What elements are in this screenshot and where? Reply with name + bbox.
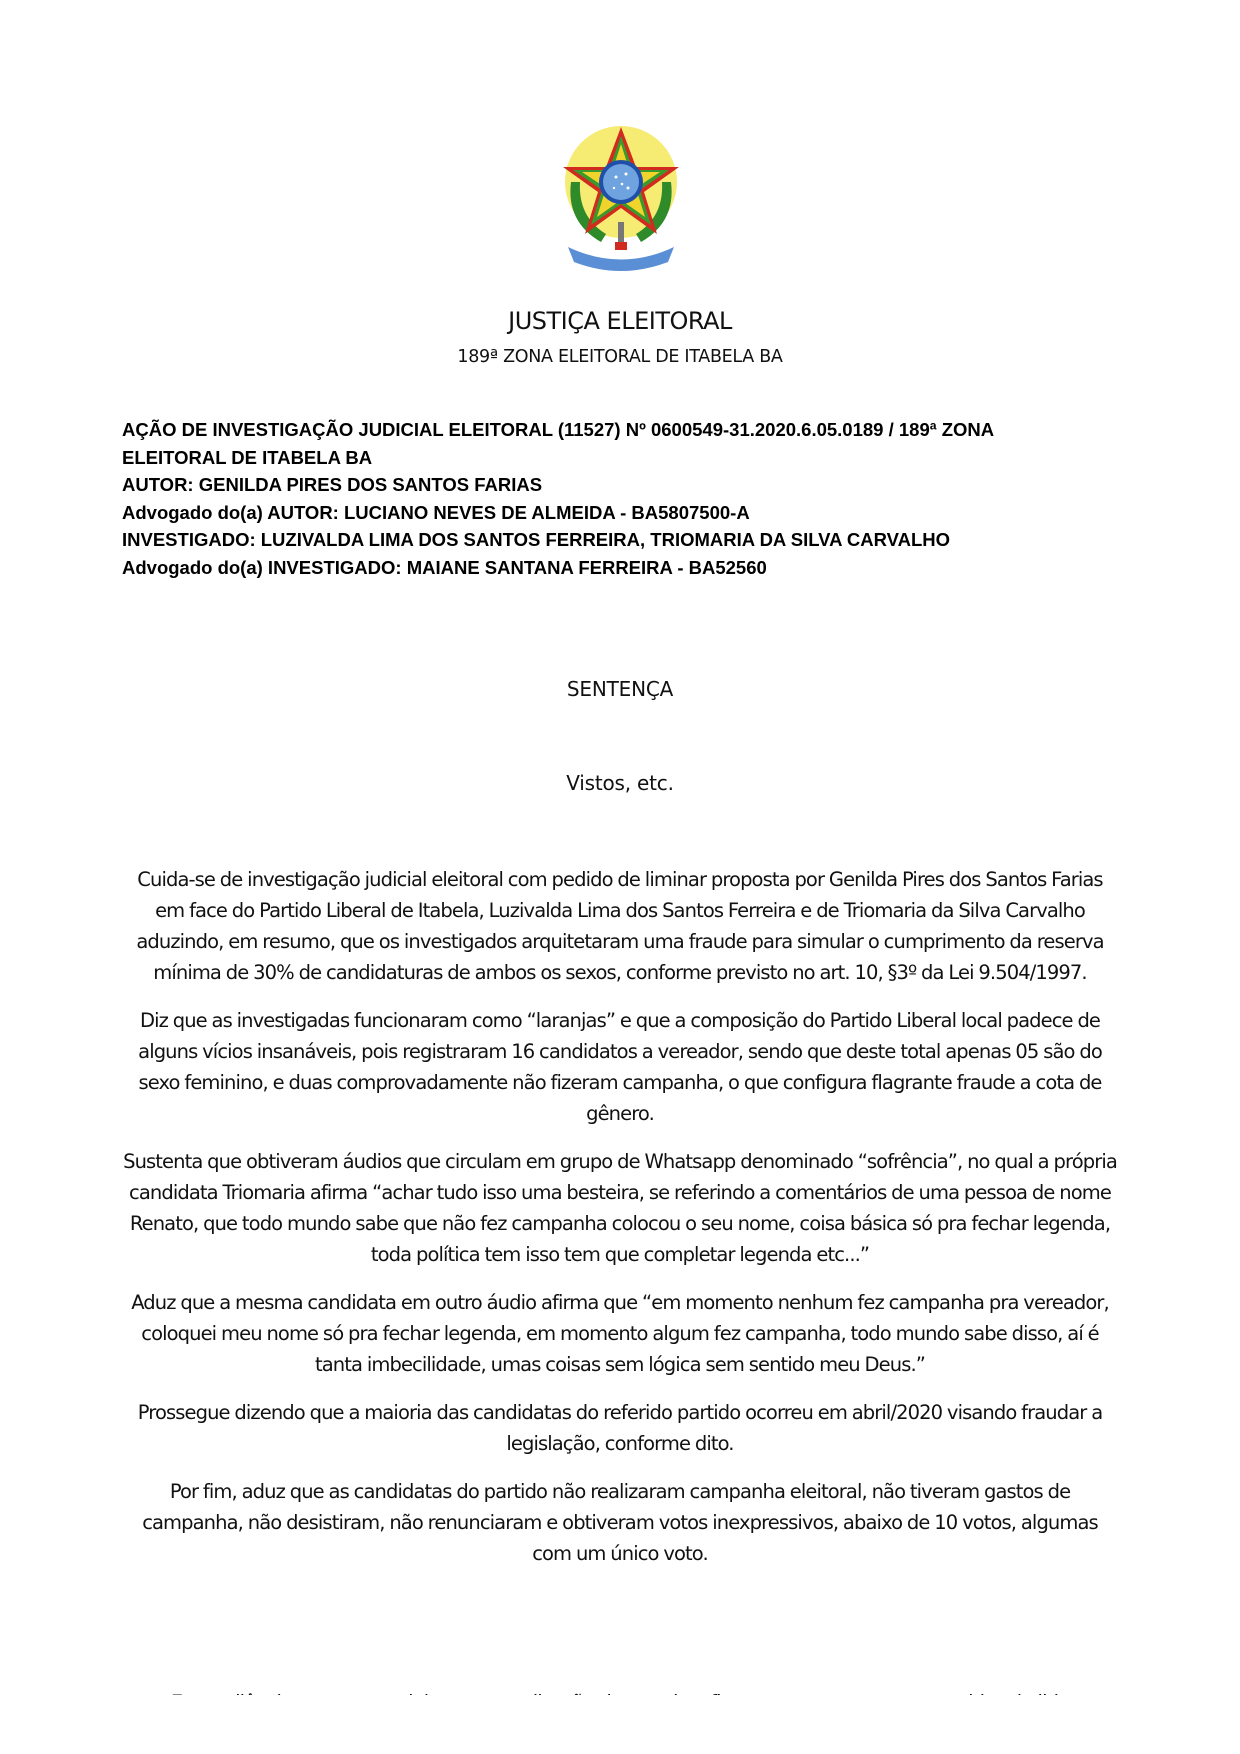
- paragraph: Aduz que a mesma candidata em outro áudi…: [122, 1287, 1118, 1380]
- plaintiff-line: AUTOR: GENILDA PIRES DOS SANTOS FARIAS: [122, 471, 1112, 499]
- defendants-line: INVESTIGADO: LUZIVALDA LIMA DOS SANTOS F…: [122, 526, 1112, 554]
- court-title: JUSTIÇA ELEITORAL: [0, 307, 1240, 335]
- section-title: SENTENÇA: [0, 677, 1240, 701]
- paragraph: Prossegue dizendo que a maioria das cand…: [122, 1397, 1118, 1459]
- case-number-line-cont: ELEITORAL DE ITABELA BA: [122, 444, 1112, 472]
- paragraph: Diz que as investigadas funcionaram como…: [122, 1005, 1118, 1129]
- paragraph: Por fim, aduz que as candidatas do parti…: [122, 1476, 1118, 1569]
- opening-phrase: Vistos, etc.: [0, 771, 1240, 795]
- cut-off-text: Em audiência, as partes rejeitaram a rea…: [150, 1689, 1090, 1695]
- case-info-block: AÇÃO DE INVESTIGAÇÃO JUDICIAL ELEITORAL …: [122, 416, 1112, 581]
- cut-off-text-line: Em audiência, as partes rejeitaram a rea…: [150, 1689, 1090, 1695]
- plaintiff-lawyer-line: Advogado do(a) AUTOR: LUCIANO NEVES DE A…: [122, 499, 1112, 527]
- paragraph: Cuida-se de investigação judicial eleito…: [122, 864, 1118, 988]
- sentence-body: Cuida-se de investigação judicial eleito…: [122, 864, 1118, 1586]
- coat-of-arms-icon: [556, 122, 686, 272]
- court-zone-subtitle: 189ª ZONA ELEITORAL DE ITABELA BA: [0, 347, 1240, 367]
- paragraph: Sustenta que obtiveram áudios que circul…: [122, 1146, 1118, 1270]
- document-page: JUSTIÇA ELEITORAL 189ª ZONA ELEITORAL DE…: [0, 0, 1240, 1754]
- defendants-lawyer-line: Advogado do(a) INVESTIGADO: MAIANE SANTA…: [122, 554, 1112, 582]
- case-number-line: AÇÃO DE INVESTIGAÇÃO JUDICIAL ELEITORAL …: [122, 416, 1112, 444]
